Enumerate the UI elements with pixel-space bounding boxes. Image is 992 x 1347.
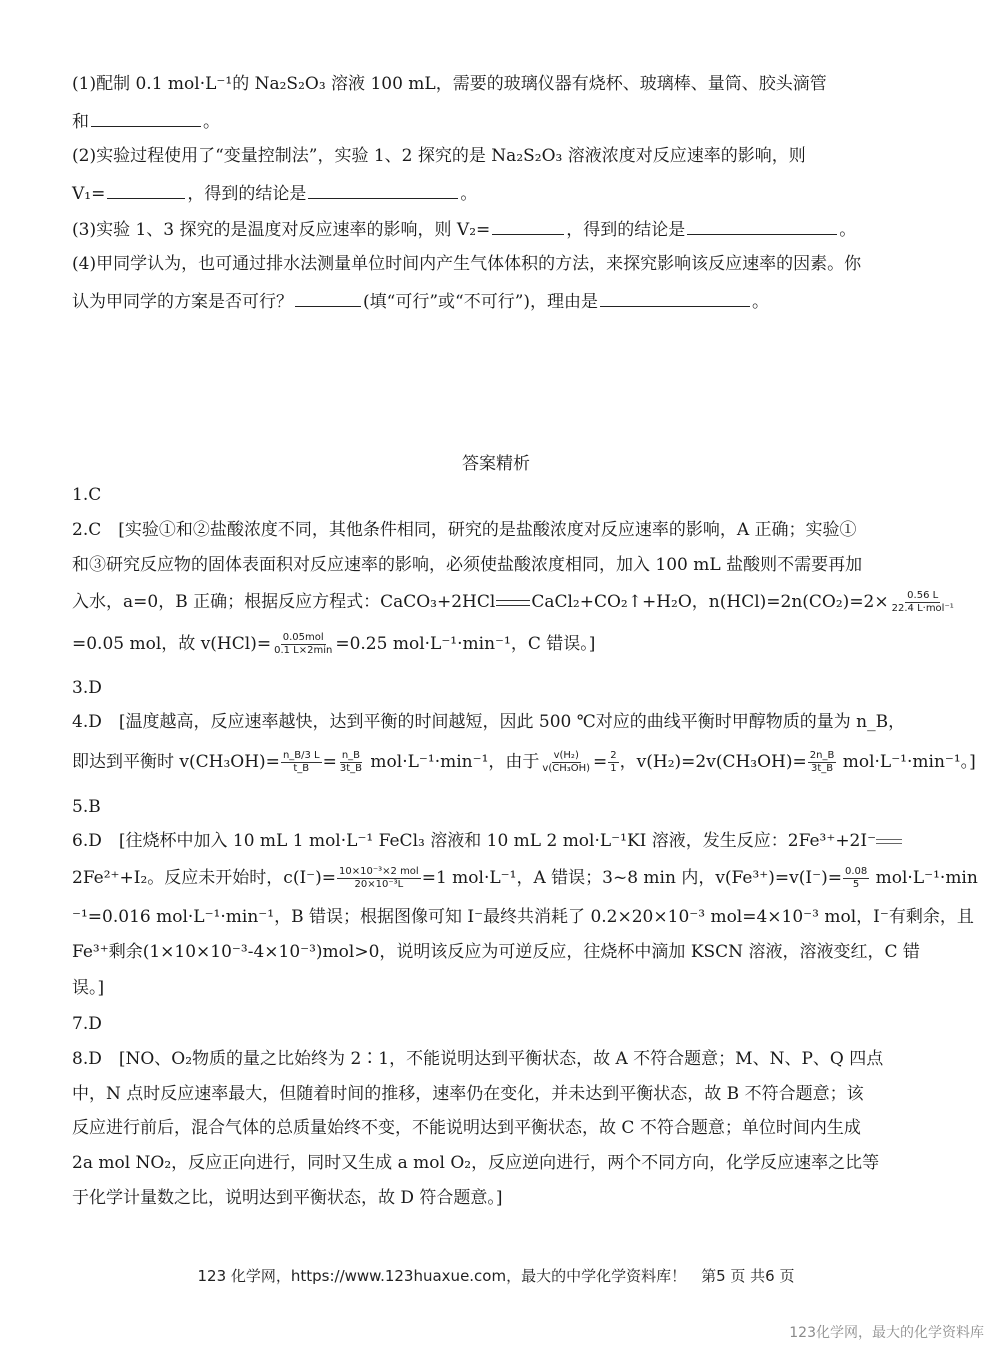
answer-6-text: 6.D [往烧杯中加入 10 mL 1 mol·L⁻¹ FeCl₃ 溶液和 10…	[72, 831, 876, 851]
answer-6-line-1: 6.D [往烧杯中加入 10 mL 1 mol·L⁻¹ FeCl₃ 溶液和 10…	[72, 829, 902, 853]
answer-3: 3.D	[72, 676, 102, 700]
answer-6-line-4: Fe³⁺剩余(1×10×10⁻³-4×10⁻³)mol>0，说明该反应为可逆反应…	[72, 940, 920, 964]
answer-blank-reason[interactable]	[600, 288, 750, 307]
question-2-suffix: 。	[460, 184, 477, 204]
fraction: 21	[608, 750, 618, 775]
answer-4-line-2: 即达到平衡时 v(CH₃OH)=n_B/3 Lt_B=n_B3t_B mol·L…	[72, 750, 976, 775]
answer-2-line-1: 2.C [实验①和②盐酸浓度不同，其他条件相同，研究的是盐酸浓度对反应速率的影响…	[72, 518, 857, 542]
answer-2-line-3: 入水，a=0，B 正确；根据反应方程式：CaCO₃+2HClCaCl₂+CO₂↑…	[72, 590, 957, 615]
fraction: 10×10⁻³×2 mol20×10⁻³L	[337, 866, 421, 891]
answer-1: 1.C	[72, 483, 101, 507]
question-4-mid: (填“可行”或“不可行”)，理由是	[363, 292, 598, 312]
fraction: 0.05mol0.1 L×2min	[272, 632, 334, 657]
question-2-mid: ，得到的结论是	[187, 184, 306, 204]
answer-2-text: CaCl₂+CO₂↑+H₂O，n(HCl)=2n(CO₂)=2×	[531, 592, 888, 612]
answer-6-line-5: 误。]	[72, 976, 104, 1000]
answer-2-text: =0.05 mol，故 v(HCl)=	[72, 634, 271, 654]
answer-blank-conclusion-3[interactable]	[687, 216, 837, 235]
answer-4-line-1: 4.D [温度越高，反应速率越快，达到平衡的时间越短，因此 500 ℃对应的曲线…	[72, 710, 905, 734]
question-4-line-2: 认为甲同学的方案是否可行？(填“可行”或“不可行”)，理由是。	[72, 288, 769, 314]
answer-blank-1[interactable]	[91, 108, 201, 127]
equals-sign-arrow-icon	[496, 600, 530, 606]
question-2-prefix: V₁=	[72, 184, 105, 204]
fraction: 2n_B3t_B	[808, 750, 837, 775]
reversible-arrow-icon	[876, 839, 902, 844]
answer-8-line-1: 8.D [NO、O₂物质的量之比始终为 2∶1，不能说明达到平衡状态，故 A 不…	[72, 1047, 883, 1071]
question-2-line-1: (2)实验过程使用了“变量控制法”，实验 1、2 探究的是 Na₂S₂O₃ 溶液…	[72, 144, 806, 168]
question-4-suffix: 。	[752, 292, 769, 312]
question-1-suffix: 。	[203, 112, 220, 132]
answer-4-text: mol·L⁻¹·min⁻¹，由于	[365, 752, 539, 772]
answer-8-line-5: 于化学计量数之比，说明达到平衡状态，故 D 符合题意。]	[72, 1186, 503, 1210]
answer-4-text: ，v(H₂)=2v(CH₃OH)=	[620, 752, 807, 772]
question-4-prefix: 认为甲同学的方案是否可行？	[72, 292, 293, 312]
answers-heading: 答案精析	[0, 449, 992, 474]
answer-5: 5.B	[72, 795, 101, 819]
fraction: v(H₂)v(CH₃OH)	[540, 750, 592, 775]
question-3-prefix: (3)实验 1、3 探究的是温度对反应速率的影响，则 V₂=	[72, 220, 490, 240]
question-1-prefix: 和	[72, 112, 89, 132]
page-footer: 123 化学网，https://www.123huaxue.com，最大的中学化…	[0, 1265, 992, 1286]
question-3-mid: ，得到的结论是	[566, 220, 685, 240]
question-3-line: (3)实验 1、3 探究的是温度对反应速率的影响，则 V₂=，得到的结论是。	[72, 216, 856, 242]
answer-6-text: =1 mol·L⁻¹，A 错误；3~8 min 内，v(Fe³⁺)=v(I⁻)=	[422, 868, 842, 888]
watermark: 123化学网，最大的化学资料库	[789, 1322, 984, 1342]
answer-7: 7.D	[72, 1012, 102, 1036]
answer-2-line-2: 和③研究反应物的固体表面积对反应速率的影响，必须使盐酸浓度相同，加入 100 m…	[72, 553, 862, 577]
answer-2-text: =0.25 mol·L⁻¹·min⁻¹，C 错误。]	[335, 634, 595, 654]
answer-6-line-2: 2Fe²⁺+I₂。反应未开始时，c(I⁻)=10×10⁻³×2 mol20×10…	[72, 866, 978, 891]
answer-8-line-4: 2a mol NO₂，反应正向进行，同时又生成 a mol O₂，反应逆向进行，…	[72, 1151, 879, 1175]
question-1-line-1: (1)配制 0.1 mol·L⁻¹的 Na₂S₂O₃ 溶液 100 mL，需要的…	[72, 72, 827, 96]
answer-6-text: 2Fe²⁺+I₂。反应未开始时，c(I⁻)=	[72, 868, 336, 888]
answer-8-line-2: 中，N 点时反应速率最大，但随着时间的推移，速率仍在变化，并未达到平衡状态，故 …	[72, 1082, 864, 1106]
answer-blank-v2[interactable]	[492, 216, 564, 235]
answer-6-line-3: ⁻¹=0.016 mol·L⁻¹·min⁻¹，B 错误；根据图像可知 I⁻最终共…	[72, 905, 974, 929]
answer-2-text: 入水，a=0，B 正确；根据反应方程式：CaCO₃+2HCl	[72, 592, 495, 612]
answer-6-text: mol·L⁻¹·min	[870, 868, 978, 888]
fraction: n_B/3 Lt_B	[281, 750, 322, 775]
fraction: 0.56 L22.4 L·mol⁻¹	[890, 590, 956, 615]
answer-blank-feasible[interactable]	[295, 288, 361, 307]
question-3-suffix: 。	[839, 220, 856, 240]
answer-8-line-3: 反应进行前后，混合气体的总质量始终不变，不能说明达到平衡状态，故 C 不符合题意…	[72, 1116, 861, 1140]
answer-4-text: 即达到平衡时 v(CH₃OH)=	[72, 752, 280, 772]
question-4-line-1: (4)甲同学认为，也可通过排水法测量单位时间内产生气体体积的方法，来探究影响该反…	[72, 252, 861, 276]
question-1-line-2: 和。	[72, 108, 220, 134]
answer-2-line-4: =0.05 mol，故 v(HCl)=0.05mol0.1 L×2min=0.2…	[72, 632, 595, 657]
fraction: 0.085	[843, 866, 869, 891]
fraction: n_B3t_B	[338, 750, 364, 775]
answer-4-text: mol·L⁻¹·min⁻¹。]	[837, 752, 976, 772]
question-2-line-2: V₁=，得到的结论是。	[72, 180, 477, 206]
answer-blank-conclusion-2[interactable]	[308, 180, 458, 199]
answer-blank-v1[interactable]	[107, 180, 185, 199]
